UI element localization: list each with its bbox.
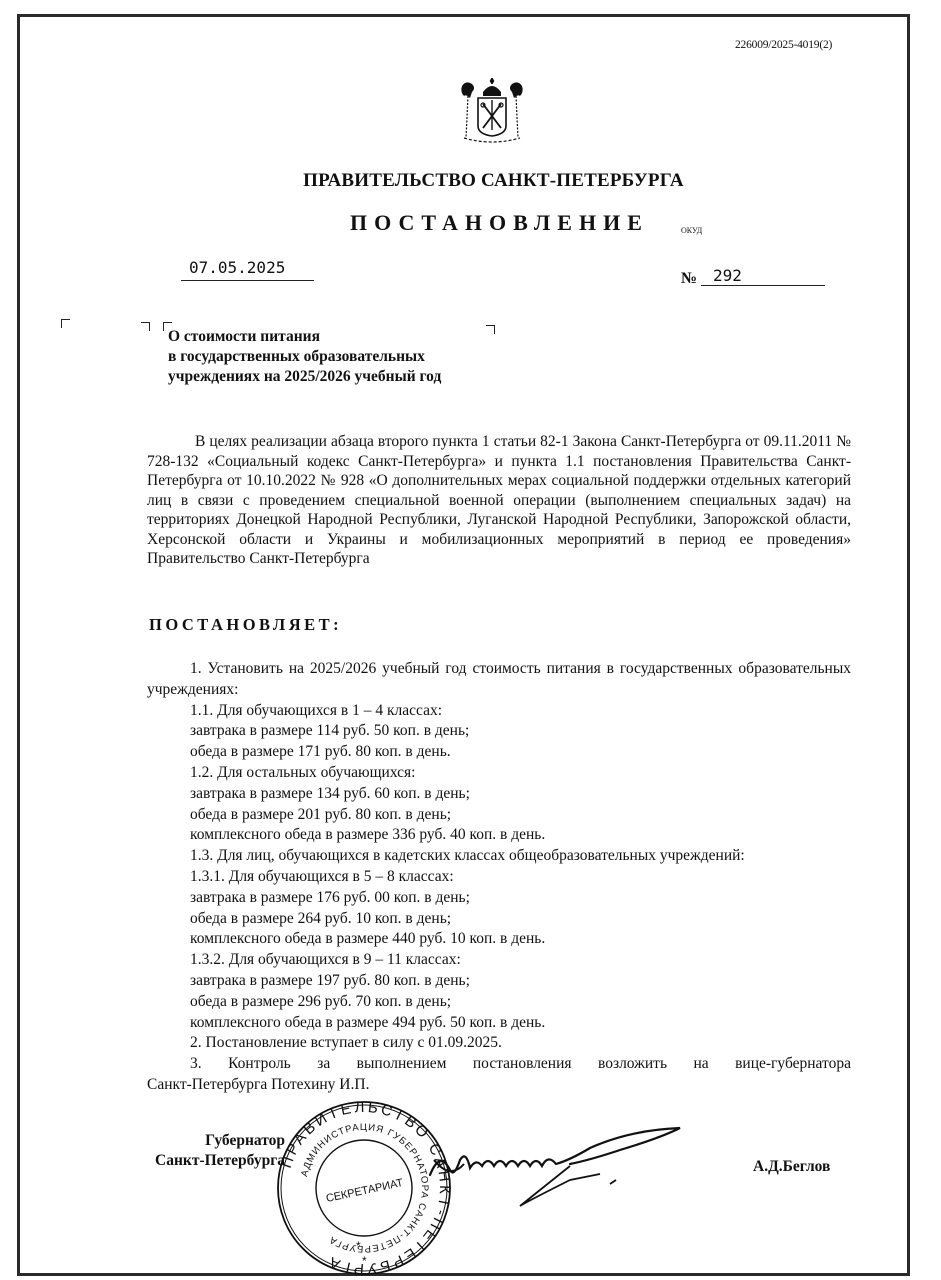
price-line: обеда в размере 201 руб. 80 коп. в день; [147, 805, 851, 826]
number-label: № [681, 270, 697, 288]
item-3-line-2: Санкт-Петербурга Потехину И.П. [147, 1075, 851, 1096]
item-1-2-heading: 1.2. Для остальных обучающихся: [147, 763, 851, 784]
item-1: 1. Установить на 2025/2026 учебный год с… [147, 659, 851, 701]
subject-line: О стоимости питания [168, 327, 441, 347]
decrees-heading: ПОСТАНОВЛЯЕТ: [149, 615, 342, 635]
price-line: завтрака в размере 114 руб. 50 коп. в де… [147, 721, 851, 742]
document-number: 292 [701, 266, 825, 286]
preamble-paragraph: В целях реализации абзаца второго пункта… [147, 432, 851, 569]
coat-of-arms-icon [456, 76, 528, 146]
okud-label: ОКУД [681, 226, 702, 235]
position-line: Губернатор [145, 1131, 285, 1151]
price-line: комплексного обеда в размере 440 руб. 10… [147, 929, 851, 950]
price-line: обеда в размере 296 руб. 70 коп. в день; [147, 992, 851, 1013]
item-1-3-1-heading: 1.3.1. Для обучающихся в 5 – 8 классах: [147, 867, 851, 888]
document-type: ПОСТАНОВЛЕНИЕ [350, 210, 649, 236]
handwritten-signature [420, 1120, 700, 1210]
price-line: комплексного обеда в размере 494 руб. 50… [147, 1013, 851, 1034]
item-1-3-heading: 1.3. Для лиц, обучающихся в кадетских кл… [147, 846, 851, 867]
price-line: завтрака в размере 134 руб. 60 коп. в де… [147, 784, 851, 805]
price-line: завтрака в размере 176 руб. 00 коп. в де… [147, 888, 851, 909]
item-3-line-1: 3. Контроль за выполнением постановления… [147, 1054, 851, 1075]
margin-corner-mark [486, 325, 495, 334]
document-date: 07.05.2025 [181, 258, 314, 281]
signatory-name: А.Д.Беглов [753, 1158, 830, 1176]
decree-body: 1. Установить на 2025/2026 учебный год с… [147, 659, 851, 1096]
registration-number: 226009/2025-4019(2) [735, 39, 832, 51]
item-2: 2. Постановление вступает в силу с 01.09… [147, 1033, 851, 1054]
margin-corner-mark [141, 322, 150, 331]
document-subject: О стоимости питания в государственных об… [168, 327, 441, 387]
price-line: завтрака в размере 197 руб. 80 коп. в де… [147, 971, 851, 992]
margin-corner-mark [61, 319, 70, 328]
position-line: Санкт-Петербурга [145, 1151, 285, 1171]
svg-text:*: * [362, 1254, 367, 1268]
stamp-center-text: СЕКРЕТАРИАТ [325, 1177, 405, 1205]
subject-line: в государственных образовательных [168, 347, 441, 367]
signatory-position: Губернатор Санкт-Петербурга [145, 1131, 285, 1171]
price-line: комплексного обеда в размере 336 руб. 40… [147, 825, 851, 846]
svg-text:*: * [356, 1239, 361, 1253]
price-line: обеда в размере 264 руб. 10 коп. в день; [147, 909, 851, 930]
price-line: обеда в размере 171 руб. 80 коп. в день. [147, 742, 851, 763]
item-1-1-heading: 1.1. Для обучающихся в 1 – 4 классах: [147, 701, 851, 722]
government-title: ПРАВИТЕЛЬСТВО САНКТ-ПЕТЕРБУРГА [0, 170, 941, 192]
subject-line: учреждениях на 2025/2026 учебный год [168, 367, 441, 387]
item-1-3-2-heading: 1.3.2. Для обучающихся в 9 – 11 классах: [147, 950, 851, 971]
